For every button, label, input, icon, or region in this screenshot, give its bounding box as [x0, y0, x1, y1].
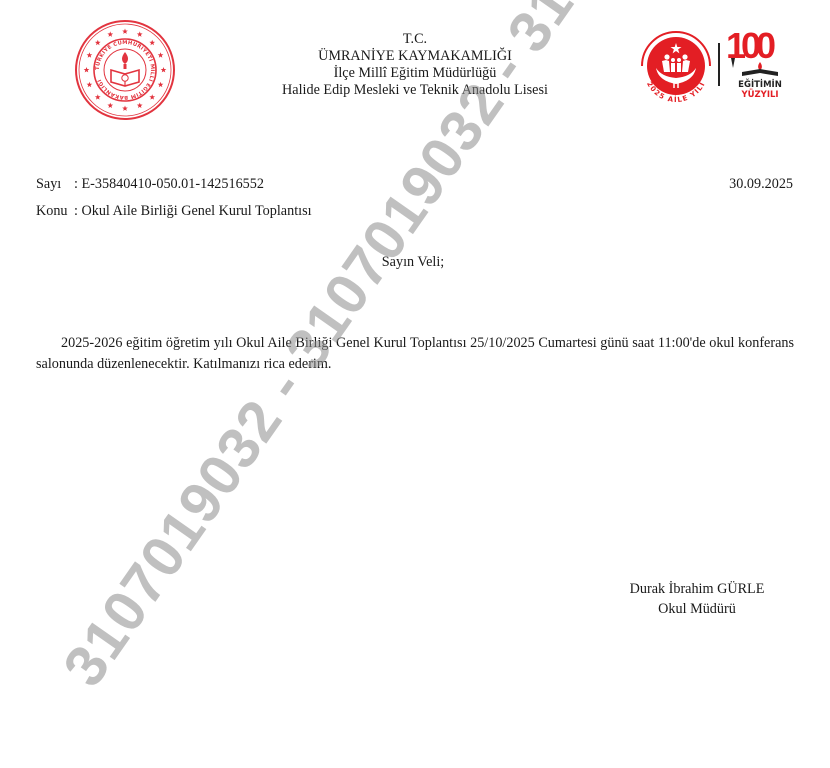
egitimin-yuzyili-logo: 100 EĞİTİMİN YÜZYILI	[724, 28, 790, 104]
meb-seal-icon: TÜRKİYE CUMHURİYETİ MİLLÎ EĞİTİM BAKANLI…	[73, 18, 177, 122]
aile-yili-icon: 2025 AİLE YILI	[636, 28, 716, 110]
document-date: 30.09.2025	[729, 176, 793, 193]
letter-body: 2025-2026 eğitim öğretim yılı Okul Aile …	[36, 333, 794, 375]
signatory-title: Okul Müdürü	[597, 599, 797, 619]
logo-divider	[718, 43, 720, 86]
header-mudurluk: İlçe Millî Eğitim Müdürlüğü	[215, 65, 615, 82]
signatory-name: Durak İbrahim GÜRLE	[597, 579, 797, 599]
egitimin-yuzyili-icon: 100 EĞİTİMİN YÜZYILI	[724, 28, 790, 104]
sayi-value: : E-35840410-050.01-142516552	[74, 176, 264, 193]
letterhead: T.C. ÜMRANİYE KAYMAKAMLIĞI İlçe Millî Eğ…	[215, 31, 615, 99]
header-kaymakamlik: ÜMRANİYE KAYMAKAMLIĞI	[215, 48, 615, 65]
konu-label: Konu	[36, 203, 68, 220]
sayi-label: Sayı	[36, 176, 61, 193]
svg-text:EĞİTİMİN: EĞİTİMİN	[738, 78, 782, 90]
header-school: Halide Edip Mesleki ve Teknik Anadolu Li…	[215, 82, 615, 99]
aile-yili-logo: 2025 AİLE YILI	[636, 28, 716, 110]
header-tc: T.C.	[215, 31, 615, 48]
signature-block: Durak İbrahim GÜRLE Okul Müdürü	[597, 579, 797, 619]
konu-value: : Okul Aile Birliği Genel Kurul Toplantı…	[74, 203, 312, 220]
svg-text:YÜZYILI: YÜZYILI	[740, 89, 778, 100]
salutation: Sayın Veli;	[0, 254, 826, 271]
meb-seal-logo: TÜRKİYE CUMHURİYETİ MİLLÎ EĞİTİM BAKANLI…	[73, 18, 177, 122]
